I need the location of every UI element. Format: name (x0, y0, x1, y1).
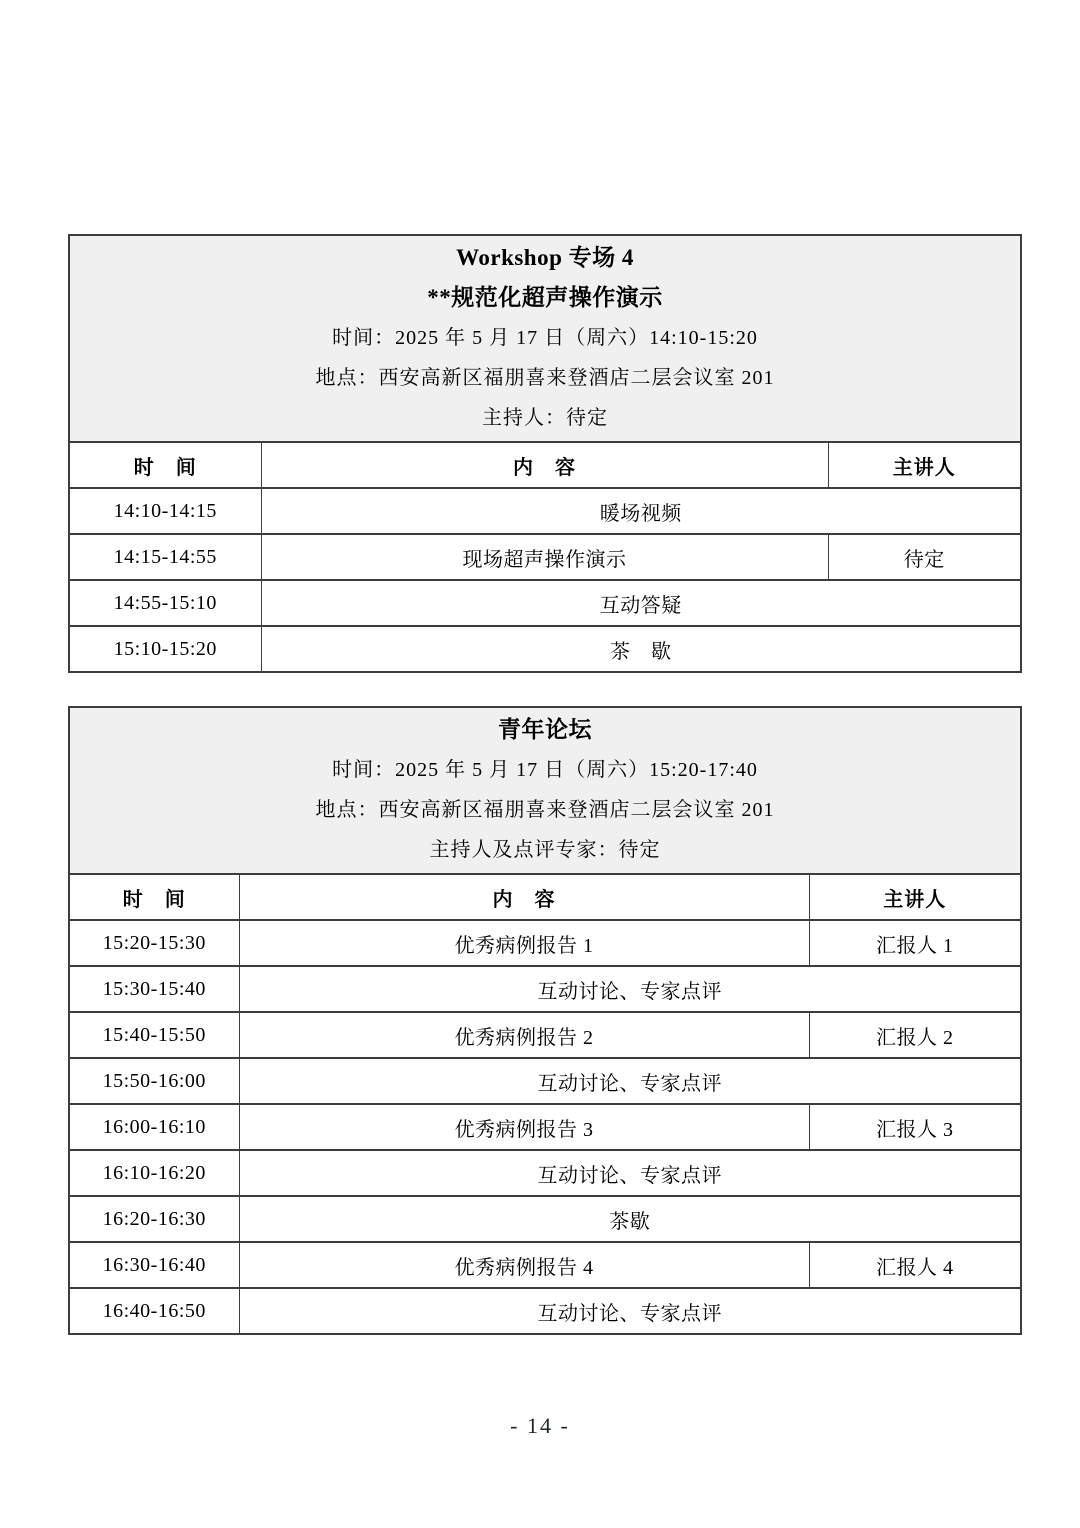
session-subtitle: **规范化超声操作演示 (70, 278, 1020, 318)
time-cell: 14:10-14:15 (69, 488, 261, 534)
col-header-speaker: 主讲人 (828, 442, 1021, 488)
time-cell: 14:55-15:10 (69, 580, 261, 626)
content-cell: 互动讨论、专家点评 (239, 1150, 1021, 1196)
youth-forum-schedule: 青年论坛 时间：2025 年 5 月 17 日（周六）15:20-17:40 地… (68, 706, 1020, 1335)
session-host: 主持人及点评专家：待定 (70, 830, 1020, 870)
col-header-content: 内 容 (261, 442, 828, 488)
time-cell: 15:50-16:00 (69, 1058, 239, 1104)
session-header-block: 青年论坛 时间：2025 年 5 月 17 日（周六）15:20-17:40 地… (69, 707, 1021, 874)
content-cell: 茶歇 (239, 1196, 1021, 1242)
table-row: 14:10-14:15暖场视频 (69, 488, 1021, 534)
session-title: 青年论坛 (70, 710, 1020, 750)
time-cell: 16:40-16:50 (69, 1288, 239, 1334)
session-location: 地点：西安高新区福朋喜来登酒店二层会议室 201 (70, 358, 1020, 398)
speaker-cell: 待定 (828, 534, 1021, 580)
content-cell: 优秀病例报告 3 (239, 1104, 809, 1150)
speaker-cell: 汇报人 2 (809, 1012, 1021, 1058)
column-header-row: 时 间 内 容 主讲人 (69, 874, 1021, 920)
content-cell: 暖场视频 (261, 488, 1021, 534)
table-row: 15:30-15:40互动讨论、专家点评 (69, 966, 1021, 1012)
table-row: 15:50-16:00互动讨论、专家点评 (69, 1058, 1021, 1104)
table-row: 14:55-15:10互动答疑 (69, 580, 1021, 626)
youth-forum-table: 青年论坛 时间：2025 年 5 月 17 日（周六）15:20-17:40 地… (68, 706, 1022, 1335)
table-row: 15:20-15:30优秀病例报告 1汇报人 1 (69, 920, 1021, 966)
document-page: Workshop 专场 4 **规范化超声操作演示 时间：2025 年 5 月 … (0, 0, 1080, 1528)
content-cell: 互动讨论、专家点评 (239, 1058, 1021, 1104)
workshop-4-schedule: Workshop 专场 4 **规范化超声操作演示 时间：2025 年 5 月 … (68, 234, 1020, 673)
col-header-time: 时 间 (69, 442, 261, 488)
content-cell: 优秀病例报告 1 (239, 920, 809, 966)
speaker-cell: 汇报人 1 (809, 920, 1021, 966)
content-cell: 优秀病例报告 2 (239, 1012, 809, 1058)
table-row: 15:10-15:20茶 歇 (69, 626, 1021, 672)
table-row: 16:10-16:20互动讨论、专家点评 (69, 1150, 1021, 1196)
time-cell: 16:30-16:40 (69, 1242, 239, 1288)
page-footer: - 14 - (0, 1413, 1080, 1439)
table-row: 14:15-14:55现场超声操作演示待定 (69, 534, 1021, 580)
session-location: 地点：西安高新区福朋喜来登酒店二层会议室 201 (70, 790, 1020, 830)
content-cell: 优秀病例报告 4 (239, 1242, 809, 1288)
table-row: 16:20-16:30茶歇 (69, 1196, 1021, 1242)
session-time: 时间：2025 年 5 月 17 日（周六）15:20-17:40 (70, 750, 1020, 790)
page-number: - 14 - (510, 1413, 570, 1438)
time-cell: 16:00-16:10 (69, 1104, 239, 1150)
time-cell: 15:40-15:50 (69, 1012, 239, 1058)
col-header-time: 时 间 (69, 874, 239, 920)
table-row: 15:40-15:50优秀病例报告 2汇报人 2 (69, 1012, 1021, 1058)
workshop-4-table: Workshop 专场 4 **规范化超声操作演示 时间：2025 年 5 月 … (68, 234, 1022, 673)
table-row: 16:30-16:40优秀病例报告 4汇报人 4 (69, 1242, 1021, 1288)
speaker-cell: 汇报人 4 (809, 1242, 1021, 1288)
col-header-content: 内 容 (239, 874, 809, 920)
session-header-block: Workshop 专场 4 **规范化超声操作演示 时间：2025 年 5 月 … (69, 235, 1021, 442)
time-cell: 14:15-14:55 (69, 534, 261, 580)
session-time: 时间：2025 年 5 月 17 日（周六）14:10-15:20 (70, 318, 1020, 358)
time-cell: 16:20-16:30 (69, 1196, 239, 1242)
time-cell: 15:10-15:20 (69, 626, 261, 672)
table-row: 16:00-16:10优秀病例报告 3汇报人 3 (69, 1104, 1021, 1150)
col-header-speaker: 主讲人 (809, 874, 1021, 920)
session-title: Workshop 专场 4 (70, 238, 1020, 278)
speaker-cell: 汇报人 3 (809, 1104, 1021, 1150)
column-header-row: 时 间 内 容 主讲人 (69, 442, 1021, 488)
time-cell: 15:20-15:30 (69, 920, 239, 966)
content-cell: 现场超声操作演示 (261, 534, 828, 580)
table-row: 16:40-16:50互动讨论、专家点评 (69, 1288, 1021, 1334)
time-cell: 15:30-15:40 (69, 966, 239, 1012)
session-host: 主持人：待定 (70, 398, 1020, 438)
content-cell: 茶 歇 (261, 626, 1021, 672)
content-cell: 互动答疑 (261, 580, 1021, 626)
content-cell: 互动讨论、专家点评 (239, 1288, 1021, 1334)
content-cell: 互动讨论、专家点评 (239, 966, 1021, 1012)
time-cell: 16:10-16:20 (69, 1150, 239, 1196)
